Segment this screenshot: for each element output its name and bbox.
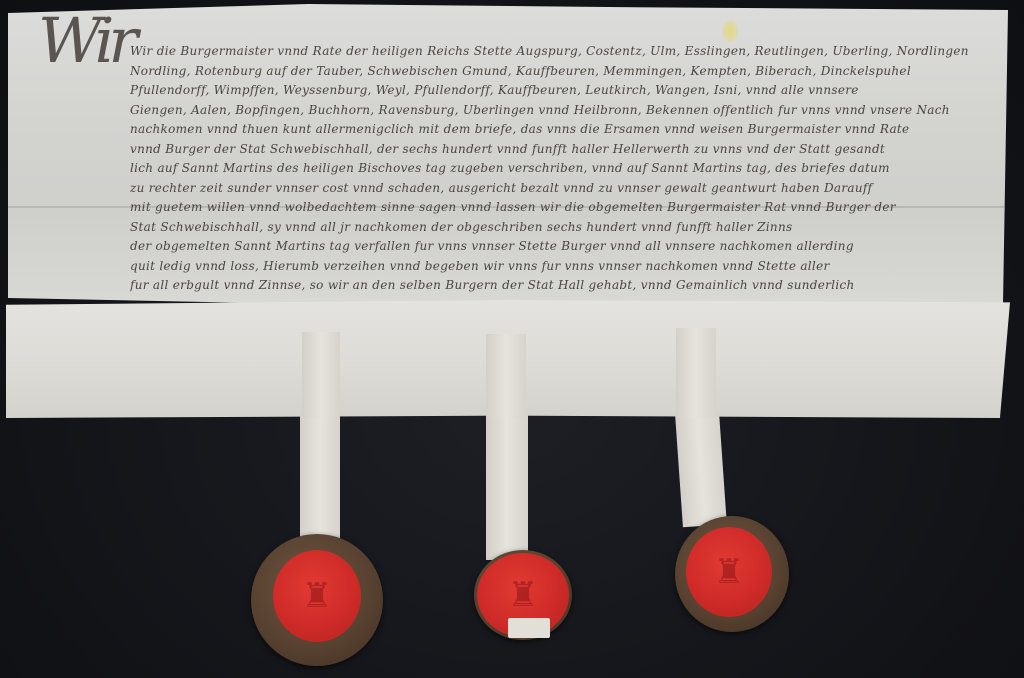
text-line: nachkomen vnnd thuen kunt allermenigclic… bbox=[130, 122, 970, 142]
text-line: Wir die Burgermaister vnnd Rate der heil… bbox=[130, 44, 970, 64]
seal-strap-1-upper bbox=[302, 332, 340, 418]
castle-icon: ♜ bbox=[302, 576, 332, 616]
charter-initial: Wir bbox=[38, 10, 132, 72]
text-line: Stat Schwebischhall, sy vnnd all jr nach… bbox=[130, 220, 970, 240]
text-line: vnnd Burger der Stat Schwebischhall, der… bbox=[130, 142, 970, 162]
text-line: Nordling, Rotenburg auf der Tauber, Schw… bbox=[130, 64, 970, 84]
text-line: quit ledig vnnd loss, Hierumb verzeihen … bbox=[130, 259, 970, 279]
charter-text: Wir die Burgermaister vnnd Rate der heil… bbox=[130, 44, 970, 300]
seal-chipped-area bbox=[508, 618, 550, 638]
wax-seal-1: ♜ bbox=[251, 534, 383, 666]
parchment-stain bbox=[722, 20, 738, 42]
text-line: der obgemelten Sannt Martins tag verfall… bbox=[130, 239, 970, 259]
text-line: lich auf Sannt Martins des heiligen Bisc… bbox=[130, 161, 970, 181]
castle-icon: ♜ bbox=[508, 575, 538, 615]
wax-seal-2: ♜ bbox=[474, 550, 572, 640]
text-line: mit guetem willen vnnd wolbedachtem sinn… bbox=[130, 200, 970, 220]
text-line: Giengen, Aalen, Bopfingen, Buchhorn, Rav… bbox=[130, 103, 970, 123]
text-line: Pfullendorff, Wimpffen, Weyssenburg, Wey… bbox=[130, 83, 970, 103]
wax-seal-3: ♜ bbox=[675, 516, 789, 632]
text-line: fur all erbgult vnnd Zinnse, so wir an d… bbox=[130, 278, 970, 298]
seal-strap-3-upper bbox=[676, 328, 716, 418]
castle-icon: ♜ bbox=[714, 552, 744, 592]
seal-strap-2-upper bbox=[486, 334, 526, 418]
text-line: zu rechter zeit sunder vnnser cost vnnd … bbox=[130, 181, 970, 201]
